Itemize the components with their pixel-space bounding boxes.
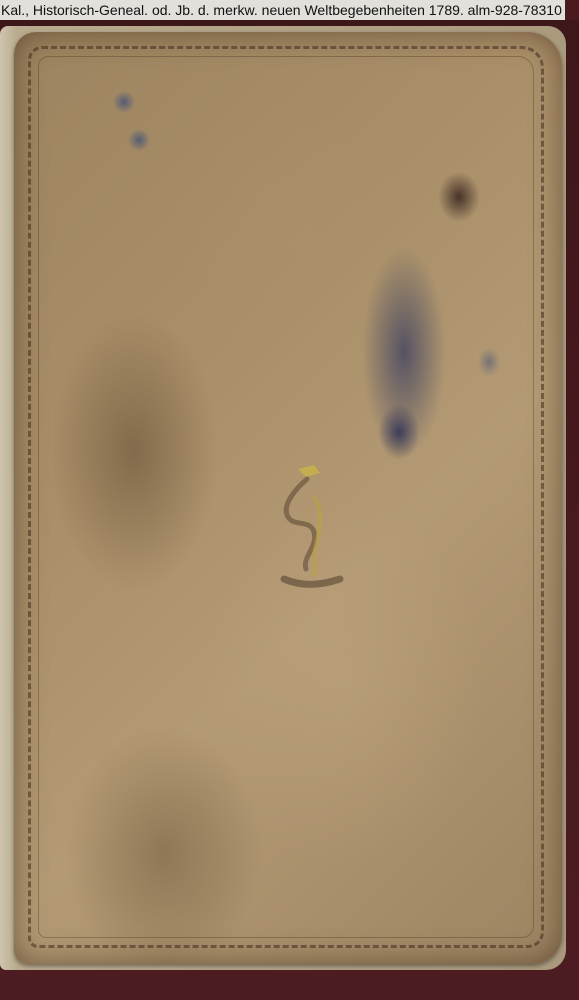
book-scan [0,20,579,1000]
caption-bar: Kal., Historisch-Geneal. od. Jb. d. merk… [0,0,565,20]
book-cover [14,32,562,964]
caption-text: Kal., Historisch-Geneal. od. Jb. d. merk… [1,2,562,18]
gilt-ornament-icon [262,457,352,597]
